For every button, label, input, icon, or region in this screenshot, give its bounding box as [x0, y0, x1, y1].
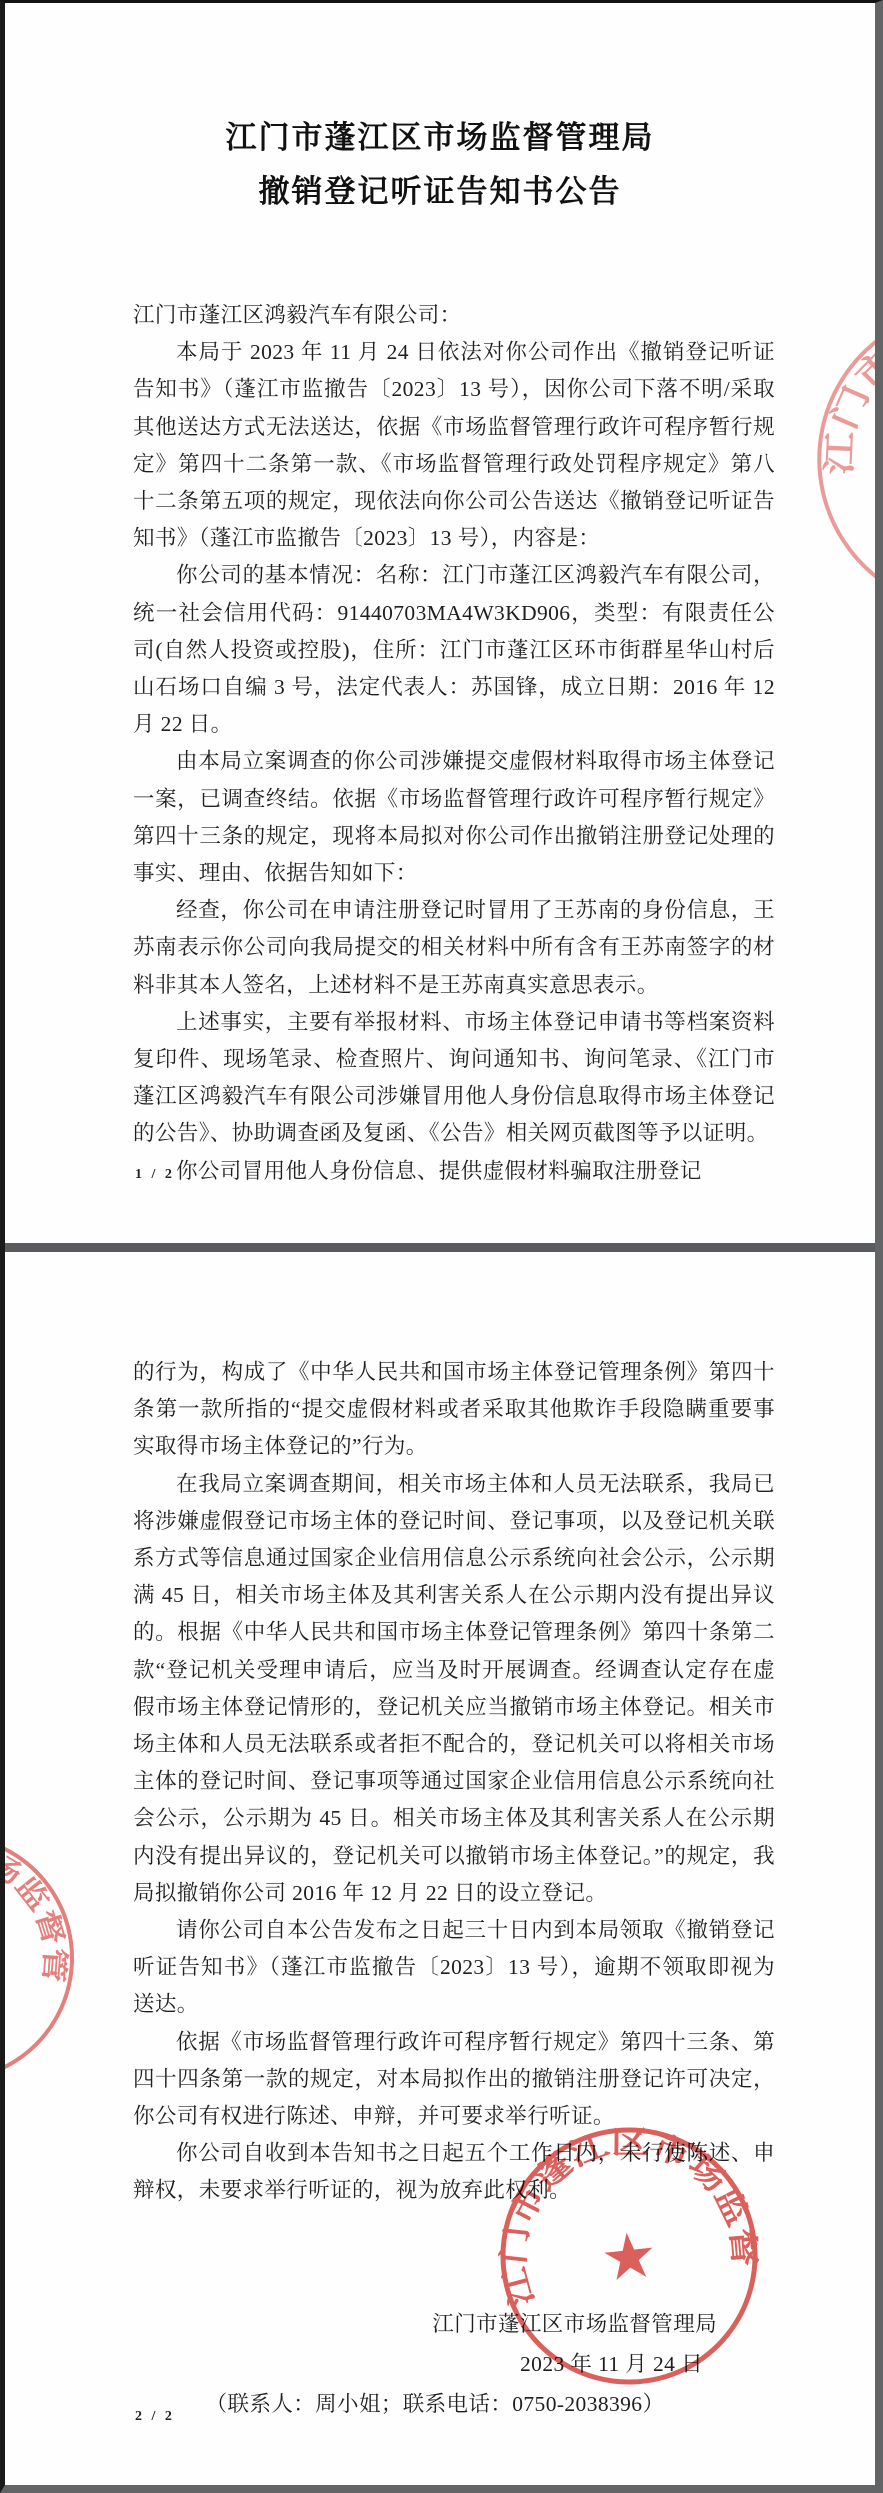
paragraph: 你公司自收到本告知书之日起五个工作日内，未行使陈述、申辩权，未要求举行听证的，视…	[133, 2135, 775, 2209]
paragraph-continuation: 的行为，构成了《中华人民共和国市场主体登记管理条例》第四十条第一款所指的“提交虚…	[133, 1354, 775, 1466]
salutation: 江门市蓬江区鸿毅汽车有限公司：	[133, 297, 775, 334]
page-2: 的行为，构成了《中华人民共和国市场主体登记管理条例》第四十条第一款所指的“提交虚…	[5, 1252, 875, 2485]
paragraph: 你公司的基本情况：名称：江门市蓬江区鸿毅汽车有限公司，统一社会信用代码：9144…	[133, 557, 775, 743]
star-icon: ★	[601, 2225, 657, 2292]
page-number: 2 / 2	[135, 2409, 175, 2425]
paragraph: 在我局立案调查期间，相关市场主体和人员无法联系，我局已将涉嫌虚假登记市场主体的登…	[133, 1466, 775, 1912]
document-title: 江门市蓬江区市场监督管理局 撤销登记听证告知书公告	[5, 111, 875, 219]
paragraph: 你公司冒用他人身份信息、提供虚假材料骗取注册登记	[133, 1153, 775, 1190]
page-1: 江门市蓬江区市场监督管理局 撤销登记听证告知书公告 江门市蓬江区鸿毅汽车有限公司…	[5, 3, 875, 1243]
signature-organization: 江门市蓬江区市场监督管理局	[133, 2304, 775, 2344]
document-viewer: 江门市蓬江区市场监督管理局 撤销登记听证告知书公告 江门市蓬江区鸿毅汽车有限公司…	[0, 0, 883, 2493]
paragraph: 上述事实，主要有举报材料、市场主体登记申请书等档案资料复印件、现场笔录、检查照片…	[133, 1004, 775, 1153]
paragraph: 由本局立案调查的你公司涉嫌提交虚假材料取得市场主体登记一案，已调查终结。依据《市…	[133, 743, 775, 892]
title-line-1: 江门市蓬江区市场监督管理局	[5, 111, 875, 165]
paragraph: 请你公司自本公告发布之日起三十日内到本局领取《撤销登记听证告知书》（蓬江市监撤告…	[133, 1912, 775, 2024]
page-number: 1 / 2	[135, 1167, 175, 1183]
title-line-2: 撤销登记听证告知书公告	[5, 165, 875, 219]
paragraph: 依据《市场监督管理行政许可程序暂行规定》第四十三条、第四十四条第一款的规定，对本…	[133, 2024, 775, 2136]
signature-date: 2023 年 11 月 24 日	[133, 2344, 775, 2384]
closing-block: 江门市蓬江区市场监督管理局 2023 年 11 月 24 日	[5, 2304, 875, 2384]
contact-info: （联系人：周小姐；联系电话：0750-2038396）	[5, 2384, 856, 2424]
page-1-body: 江门市蓬江区鸿毅汽车有限公司： 本局于 2023 年 11 月 24 日依法对你…	[5, 297, 875, 1190]
page-2-body: 的行为，构成了《中华人民共和国市场主体登记管理条例》第四十条第一款所指的“提交虚…	[5, 1252, 875, 2210]
paragraph: 本局于 2023 年 11 月 24 日依法对你公司作出《撤销登记听证告知书》（…	[133, 334, 775, 557]
paragraph: 经查，你公司在申请注册登记时冒用了王苏南的身份信息，王苏南表示你公司向我局提交的…	[133, 892, 775, 1004]
